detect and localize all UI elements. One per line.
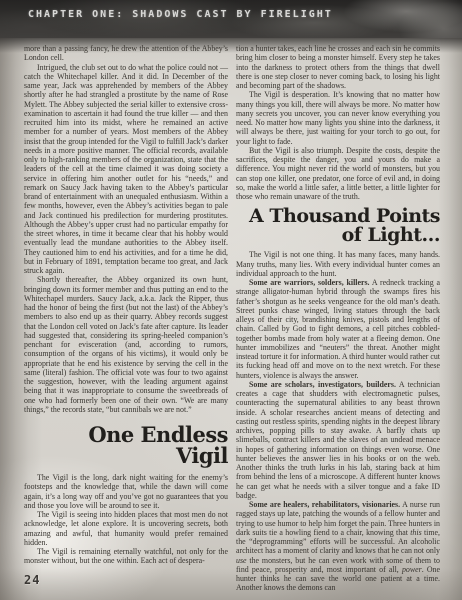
section-heading-one-endless-vigil: One EndlessVigil [24,424,228,466]
paragraph-continuation: tion a hunter takes, each line he crosse… [236,44,440,90]
paragraph-not-one-thing: The Vigil is not one thing. It has many … [236,250,440,278]
paragraph-triumph: But the Vigil is also triumph. Despite t… [236,146,440,202]
chapter-title: CHAPTER ONE: SHADOWS CAST BY FIRELIGHT [28,9,333,20]
paragraph-scholars-body: A technician creates a cage that shudder… [236,380,440,500]
heading-line-2: of Light… [342,224,440,246]
paragraph-healers: Some are healers, rehabilitators, vision… [236,500,440,593]
text-columns: more than a passing fancy, he drew the a… [24,44,440,593]
bold-lead-healers: Some are healers, rehabilitators, vision… [249,500,400,509]
paragraph-shortly-thereafter: Shortly thereafter, the Abbey organized … [24,275,228,414]
healers-italic-this: this [410,528,421,537]
right-column: tion a hunter takes, each line he crosse… [236,44,440,593]
paragraph-intrigued: Intrigued, the club set out to do what t… [24,63,228,276]
left-column: more than a passing fancy, he drew the a… [24,44,228,593]
page-number: 24 [24,573,40,587]
bold-lead-warriors: Some are warriors, solders, killers. [249,278,370,287]
paragraph-scholars: Some are scholars, investigators, builde… [236,380,440,500]
paragraph-vigil-seeing: The Vigil is seeing into hidden places t… [24,510,228,547]
paragraph-vigil-night: The Vigil is the long, dark night waitin… [24,473,228,510]
paragraph-warriors: Some are warriors, solders, killers. A r… [236,278,440,380]
bold-lead-scholars: Some are scholars, investigators, builde… [249,380,396,389]
paragraph-vigil-watchful: The Vigil is remaining eternally watchfu… [24,547,228,566]
book-page: CHAPTER ONE: SHADOWS CAST BY FIRELIGHT m… [0,0,462,600]
healers-italic-power: power [402,565,422,574]
section-heading-thousand-points: A Thousand Pointsof Light… [236,207,440,245]
paragraph-desperation: The Vigil is desperation. It’s knowing t… [236,90,440,146]
paragraph-continuation: more than a passing fancy, he drew the a… [24,44,228,63]
paragraph-warriors-body: A redneck tracking a strange alligator-h… [236,278,440,380]
page-right-edge-shadow [438,36,462,600]
healers-italic-use: use [236,556,247,565]
heading-line-2: Vigil [176,443,228,468]
